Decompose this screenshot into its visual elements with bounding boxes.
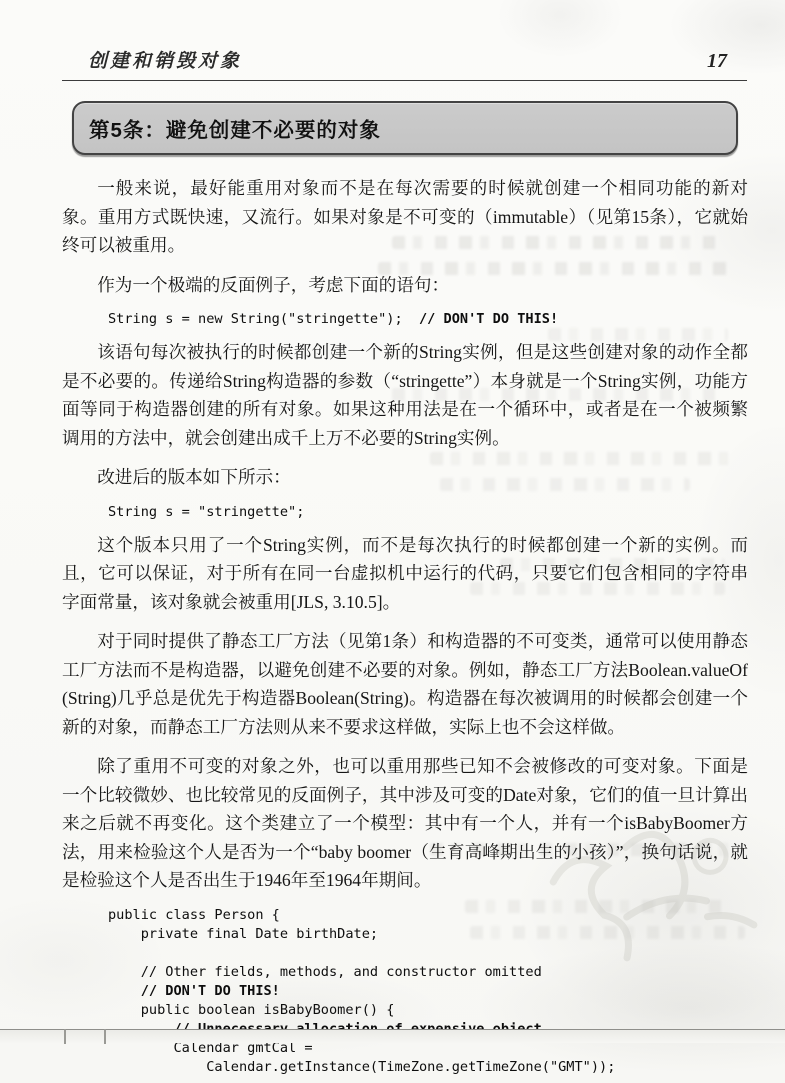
item-heading-box: 第5条：避免创建不必要的对象 (72, 101, 738, 155)
code-line: String s = new String("stringette"); // … (108, 310, 748, 329)
code-snippet-improved: String s = "stringette"; (62, 503, 748, 522)
paragraph: 这个版本只用了一个String实例，而不是每次执行的时候都创建一个新的实例。而且… (62, 531, 748, 617)
running-header: 创建和销毁对象 17 (62, 0, 745, 73)
code-line: // DON'T DO THIS! (108, 982, 748, 1001)
chapter-title: 创建和销毁对象 (88, 46, 242, 73)
paragraph: 改进后的版本如下所示： (62, 463, 748, 492)
code-line: private final Date birthDate; (108, 925, 748, 944)
paragraph: 一般来说，最好能重用对象而不是在每次需要的时候就创建一个相同功能的新对象。重用方… (62, 174, 748, 260)
paragraph: 除了重用不可变的对象之外，也可以重用那些已知不会被修改的可变对象。下面是一个比较… (62, 752, 748, 895)
code-line: public boolean isBabyBoomer() { (108, 1001, 748, 1020)
page-number: 17 (707, 50, 727, 73)
code-line: Calendar.getInstance(TimeZone.getTimeZon… (108, 1058, 748, 1077)
code-line: public class Person { (108, 906, 748, 925)
code-line: String s = "stringette"; (108, 503, 748, 522)
page-body: 一般来说，最好能重用对象而不是在每次需要的时候就创建一个相同功能的新对象。重用方… (62, 174, 748, 1077)
code-line: Calendar gmtCal = (108, 1039, 748, 1058)
code-line (108, 944, 748, 963)
item-heading-label: 第5条：避免创建不必要的对象 (89, 113, 381, 143)
code-line: // Other fields, methods, and constructo… (108, 963, 748, 982)
header-rule (62, 80, 747, 81)
book-page-scan: 创建和销毁对象 17 第5条：避免创建不必要的对象 一般来说，最好能重用对象而不… (0, 0, 785, 1083)
paragraph: 对于同时提供了静态工厂方法（见第1条）和构造器的不可变类，通常可以使用静态工厂方… (62, 627, 748, 741)
code-snippet-person-class: public class Person { private final Date… (62, 906, 748, 1077)
code-line: // Unnecessary allocation of expensive o… (108, 1020, 748, 1039)
paragraph: 作为一个极端的反面例子，考虑下面的语句： (62, 271, 748, 300)
code-snippet-dont-do-this: String s = new String("stringette"); // … (62, 310, 748, 329)
paragraph: 该语句每次被执行的时候都创建一个新的String实例，但是这些创建对象的动作全都… (62, 338, 748, 452)
